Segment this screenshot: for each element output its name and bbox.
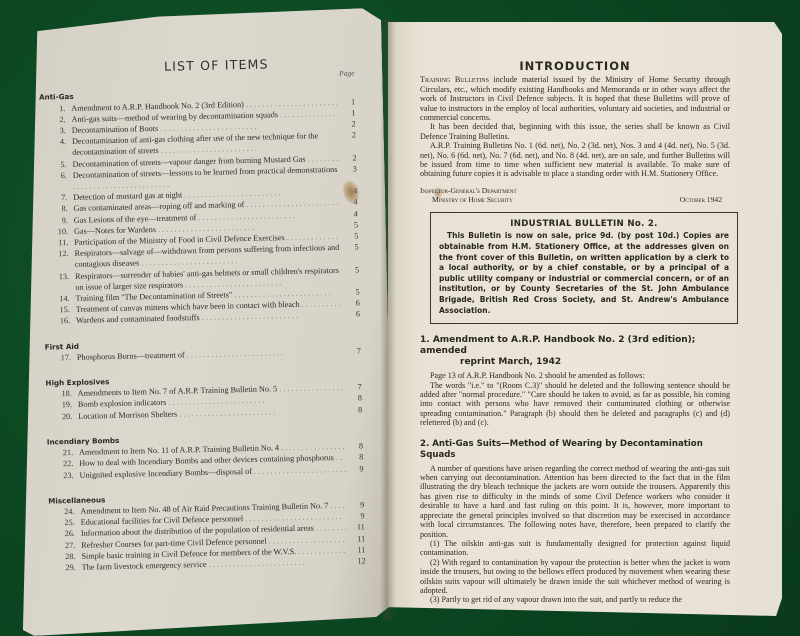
toc-item-page: 1 (337, 107, 355, 119)
toc-item-page: 5 (340, 219, 358, 231)
section-2-paragraph: (1) The oilskin anti-gas suit is fundame… (420, 539, 730, 558)
section-2-heading: 2. Anti-Gas Suits—Method of Wearing by D… (420, 439, 730, 461)
toc-item-number: 2. (39, 114, 71, 126)
toc-item-page: 3 (339, 163, 357, 175)
industrial-bulletin-notice: INDUSTRIAL BULLETIN No. 2. This Bulletin… (430, 212, 738, 324)
section-2-paragraph: (2) With regard to contamination by vapo… (420, 558, 730, 596)
toc-item-number: 9. (42, 215, 74, 227)
toc-item-number: 23. (47, 469, 79, 481)
toc-item-number: 4. (40, 136, 72, 148)
toc-item-number: 8. (41, 203, 73, 215)
intro-paragraph-2: It has been decided that, beginning with… (420, 122, 730, 141)
toc-item-page: 2 (338, 130, 356, 142)
toc-sections: Anti-Gas1.Amendment to A.R.P. Handbook N… (39, 85, 366, 574)
booklet-spine (380, 20, 396, 620)
toc-item-number: 16. (44, 315, 76, 327)
introduction: INTRODUCTION Training Bulletins include … (420, 62, 730, 605)
toc-item-page: 8 (345, 452, 363, 464)
toc-item-page: 12 (347, 555, 365, 567)
toc-item-number: 20. (46, 411, 78, 423)
toc-item-number: 14. (43, 293, 75, 305)
toc-item-page: 6 (342, 298, 360, 310)
bulletin-title: INDUSTRIAL BULLETIN No. 2. (439, 219, 729, 230)
toc-item-number: 17. (45, 352, 77, 364)
section-1-paragraph: The words "i.e." to "(Room C.3)" should … (420, 381, 730, 428)
toc-item-number: 18. (46, 388, 78, 400)
signature-department: Inspector-General's Department (420, 186, 730, 195)
toc-item-number: 29. (50, 562, 82, 574)
section-1-body: Page 13 of A.R.P. Handbook No. 2 should … (420, 371, 730, 427)
toc-item-number: 21. (47, 447, 79, 459)
section-1-heading: 1. Amendment to A.R.P. Handbook No. 2 (3… (420, 335, 730, 368)
toc-item-page: 7 (344, 382, 362, 394)
toc-item-page: 8 (344, 404, 362, 416)
toc-item-number: 19. (46, 399, 78, 411)
list-of-items: LIST OF ITEMS Page Anti-Gas1.Amendment t… (38, 56, 365, 573)
bulletin-body: This Bulletin is now on sale, price 9d. … (439, 231, 729, 316)
intro-lead: Training Bulletins (420, 75, 489, 84)
toc-item-number: 15. (44, 304, 76, 316)
signature-block: Inspector-General's Department Ministry … (420, 186, 730, 204)
toc-item-number: 28. (49, 551, 81, 563)
intro-paragraph-3: A.R.P. Training Bulletins No. 1 (6d. net… (420, 141, 730, 179)
toc-item-number: 22. (47, 458, 79, 470)
toc-item-page: 9 (345, 463, 363, 475)
toc-item-number: 1. (39, 103, 71, 115)
section-2-body: A number of questions have arisen regard… (420, 464, 730, 605)
toc-item-number: 5. (40, 159, 72, 171)
toc-item-page: 8 (344, 393, 362, 405)
toc-item-number: 12. (42, 248, 74, 260)
toc-item-page: 5 (341, 286, 359, 298)
toc-item-number: 26. (49, 528, 81, 540)
toc-item-page: 5 (340, 242, 358, 254)
toc-item-page: 11 (347, 544, 365, 556)
toc-item-page: 11 (347, 522, 365, 534)
toc-item-page: 8 (345, 440, 363, 452)
intro-title: INTRODUCTION (420, 62, 730, 71)
toc-item-page: 9 (346, 499, 364, 511)
toc-item-page: 11 (347, 533, 365, 545)
toc-item-number: 24. (48, 506, 80, 518)
section-1-paragraph: Page 13 of A.R.P. Handbook No. 2 should … (420, 371, 730, 380)
section-2-paragraph: A number of questions have arisen regard… (420, 464, 730, 539)
toc-item-number: 25. (49, 517, 81, 529)
toc-item-page: 4 (340, 208, 358, 220)
toc-item-page: 2 (338, 152, 356, 164)
toc-item-page: 1 (337, 96, 355, 108)
toc-item-number: 3. (40, 125, 72, 137)
toc-item-number: 7. (41, 192, 73, 204)
toc-item-page: 2 (338, 118, 356, 130)
toc-item-number: 27. (49, 539, 81, 551)
toc-item-number: 6. (41, 170, 73, 182)
toc-item-page: 6 (342, 309, 360, 321)
toc-item-page: 5 (341, 264, 359, 276)
toc-item-page: 9 (346, 510, 364, 522)
toc-item-number: 11. (42, 237, 74, 249)
toc-item-number: 13. (43, 271, 75, 283)
section-2-paragraph: (3) Partly to get rid of any vapour draw… (420, 595, 730, 604)
toc-item-page: 7 (343, 345, 361, 357)
issue-date: October 1942 (680, 195, 722, 204)
toc-item-page: 5 (340, 230, 358, 242)
intro-paragraph-1: Training Bulletins include material issu… (420, 75, 730, 122)
toc-item-number: 10. (42, 226, 74, 238)
